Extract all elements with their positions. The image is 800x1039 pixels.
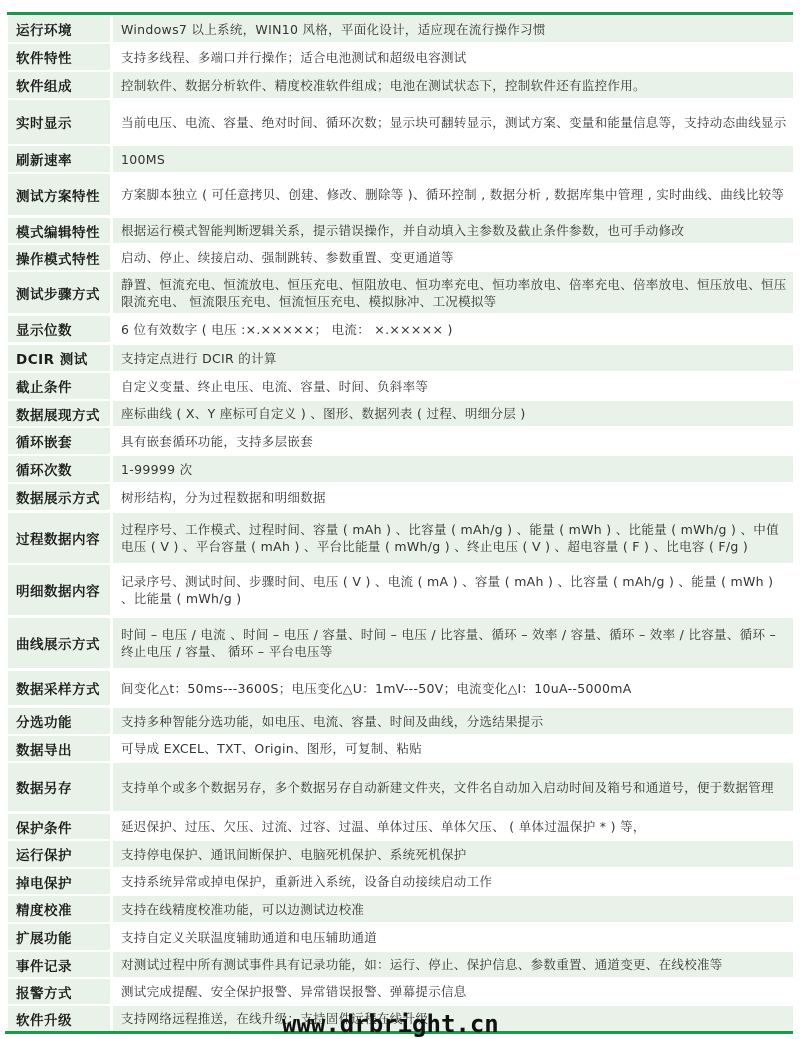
table-row: 数据导出可导成 EXCEL、TXT、Origin、图形，可复制、粘贴 (8, 736, 793, 761)
row-label: 事件记录 (8, 952, 110, 977)
table-row: 操作模式特性启动、停止、续接启动、强制跳转、参数重置、变更通道等 (8, 245, 793, 270)
row-value: 支持单个或多个数据另存，多个数据另存自动新建文件夹，文件名自动加入启动时间及箱号… (113, 763, 793, 811)
top-rule (7, 12, 793, 15)
table-row: 数据采样方式间变化△t：50ms---3600S；电压变化△U：1mV---50… (8, 671, 793, 705)
table-row: 软件组成控制软件、数据分析软件、精度校准软件组成；电池在测试状态下，控制软件还有… (8, 72, 793, 98)
row-value: 时间 – 电压 / 电流 、时间 – 电压 / 容量、时间 – 电压 / 比容量… (113, 618, 793, 668)
row-label: 曲线展示方式 (8, 618, 110, 668)
table-row: 测试方案特性方案脚本独立 ( 可任意拷贝、创建、修改、删除等 )、循环控制 , … (8, 174, 793, 215)
table-row: 数据展示方式树形结构，分为过程数据和明细数据 (8, 484, 793, 510)
table-row: 循环嵌套具有嵌套循环功能，支持多层嵌套 (8, 428, 793, 454)
row-label: 测试步骤方式 (8, 272, 110, 313)
table-row: 实时显示当前电压、电流、容量、绝对时间、循环次数；显示块可翻转显示，测试方案、变… (8, 100, 793, 144)
row-value: 延迟保护、过压、欠压、过流、过容、过温、单体过压、单体欠压、 ( 单体过温保护 … (113, 814, 793, 839)
row-label: 数据采样方式 (8, 671, 110, 705)
table-row: 运行环境Windows7 以上系统，WIN10 风格，平面化设计，适应现在流行操… (8, 16, 793, 42)
table-row: 刷新速率100MS (8, 146, 793, 172)
row-value: 静置、恒流充电、恒流放电、恒压充电、恒阻放电、恒功率充电、恒功率放电、倍率充电、… (113, 272, 793, 313)
table-row: 事件记录对测试过程中所有测试事件具有记录功能，如：运行、停止、保护信息、参数重置… (8, 952, 793, 977)
row-value: 启动、停止、续接启动、强制跳转、参数重置、变更通道等 (113, 245, 793, 270)
row-label: 测试方案特性 (8, 174, 110, 215)
table-row: 明细数据内容记录序号、测试时间、步骤时间、电压 ( V ) 、电流 ( mA )… (8, 565, 793, 615)
table-row: 循环次数1-99999 次 (8, 456, 793, 482)
row-label: 分选功能 (8, 708, 110, 734)
row-label: 明细数据内容 (8, 565, 110, 615)
row-label: 软件组成 (8, 72, 110, 98)
row-label: 运行保护 (8, 841, 110, 867)
row-label: 数据另存 (8, 763, 110, 811)
row-label: 过程数据内容 (8, 513, 110, 563)
row-label: 数据展现方式 (8, 401, 110, 426)
table-row: 扩展功能支持自定义关联温度辅助通道和电压辅助通道 (8, 924, 793, 950)
row-value: 方案脚本独立 ( 可任意拷贝、创建、修改、删除等 )、循环控制 , 数据分析 ,… (113, 174, 793, 215)
table-row: 报警方式测试完成提醒、安全保护报警、异常错误报警、弹幕提示信息 (8, 979, 793, 1004)
row-value: Windows7 以上系统，WIN10 风格，平面化设计，适应现在流行操作习惯 (113, 16, 793, 42)
table-row: 精度校准支持在线精度校准功能，可以边测试边校准 (8, 896, 793, 922)
row-label: 截止条件 (8, 373, 110, 399)
table-row: 曲线展示方式时间 – 电压 / 电流 、时间 – 电压 / 容量、时间 – 电压… (8, 618, 793, 668)
row-value: 支持在线精度校准功能，可以边测试边校准 (113, 896, 793, 922)
row-label: 数据展示方式 (8, 484, 110, 510)
row-label: 模式编辑特性 (8, 218, 110, 243)
row-value: 测试完成提醒、安全保护报警、异常错误报警、弹幕提示信息 (113, 979, 793, 1004)
row-value: 1-99999 次 (113, 456, 793, 482)
row-value: 支持多种智能分选功能，如电压、电流、容量、时间及曲线，分选结果提示 (113, 708, 793, 734)
table-row: 过程数据内容过程序号、工作模式、过程时间、容量 ( mAh ) 、比容量 ( m… (8, 513, 793, 563)
row-label: 运行环境 (8, 16, 110, 42)
row-value: 支持多线程、多端口并行操作；适合电池测试和超级电容测试 (113, 44, 793, 70)
row-label: 数据导出 (8, 736, 110, 761)
row-label: 循环嵌套 (8, 428, 110, 454)
table-row: DCIR 测试支持定点进行 DCIR 的计算 (8, 345, 793, 371)
table-row: 截止条件自定义变量、终止电压、电流、容量、时间、负斜率等 (8, 373, 793, 399)
row-value: 支持自定义关联温度辅助通道和电压辅助通道 (113, 924, 793, 950)
row-value: 控制软件、数据分析软件、精度校准软件组成；电池在测试状态下，控制软件还有监控作用… (113, 72, 793, 98)
watermark: www.drbright.cn (282, 1010, 499, 1038)
row-value: 支持定点进行 DCIR 的计算 (113, 345, 793, 371)
table-row: 测试步骤方式静置、恒流充电、恒流放电、恒压充电、恒阻放电、恒功率充电、恒功率放电… (8, 272, 793, 313)
row-value: 100MS (113, 146, 793, 172)
row-label: 刷新速率 (8, 146, 110, 172)
row-value: 根据运行模式智能判断逻辑关系，提示错误操作，并自动填入主参数及截止条件参数，也可… (113, 218, 793, 243)
table-row: 模式编辑特性根据运行模式智能判断逻辑关系，提示错误操作，并自动填入主参数及截止条… (8, 218, 793, 243)
row-value: 具有嵌套循环功能，支持多层嵌套 (113, 428, 793, 454)
table-row: 运行保护支持停电保护、通讯间断保护、电脑死机保护、系统死机保护 (8, 841, 793, 867)
table-row: 数据展现方式座标曲线 ( X、Y 座标可自定义 ) 、图形、数据列表 ( 过程、… (8, 401, 793, 426)
row-label: 精度校准 (8, 896, 110, 922)
row-value: 记录序号、测试时间、步骤时间、电压 ( V ) 、电流 ( mA ) 、容量 (… (113, 565, 793, 615)
row-value: 自定义变量、终止电压、电流、容量、时间、负斜率等 (113, 373, 793, 399)
table-row: 软件特性支持多线程、多端口并行操作；适合电池测试和超级电容测试 (8, 44, 793, 70)
row-label: 实时显示 (8, 100, 110, 144)
row-label: 保护条件 (8, 814, 110, 839)
row-label: 掉电保护 (8, 869, 110, 894)
row-label: DCIR 测试 (8, 345, 110, 371)
row-label: 显示位数 (8, 316, 110, 342)
table-row: 掉电保护支持系统异常或掉电保护，重新进入系统，设备自动接续启动工作 (8, 869, 793, 894)
row-value: 过程序号、工作模式、过程时间、容量 ( mAh ) 、比容量 ( mAh/g )… (113, 513, 793, 563)
row-label: 软件特性 (8, 44, 110, 70)
row-value: 树形结构，分为过程数据和明细数据 (113, 484, 793, 510)
row-value: 6 位有效数字 ( 电压 :×.×××××； 电流： ×.××××× ) (113, 316, 793, 342)
row-label: 报警方式 (8, 979, 110, 1004)
table-row: 保护条件延迟保护、过压、欠压、过流、过容、过温、单体过压、单体欠压、 ( 单体过… (8, 814, 793, 839)
row-value: 支持系统异常或掉电保护，重新进入系统，设备自动接续启动工作 (113, 869, 793, 894)
row-value: 当前电压、电流、容量、绝对时间、循环次数；显示块可翻转显示，测试方案、变量和能量… (113, 100, 793, 144)
row-label: 循环次数 (8, 456, 110, 482)
row-label: 扩展功能 (8, 924, 110, 950)
row-value: 座标曲线 ( X、Y 座标可自定义 ) 、图形、数据列表 ( 过程、明细分层 ) (113, 401, 793, 426)
row-value: 可导成 EXCEL、TXT、Origin、图形，可复制、粘贴 (113, 736, 793, 761)
row-value: 对测试过程中所有测试事件具有记录功能，如：运行、停止、保护信息、参数重置、通道变… (113, 952, 793, 977)
row-value: 间变化△t：50ms---3600S；电压变化△U：1mV---50V；电流变化… (113, 671, 793, 705)
table-row: 分选功能支持多种智能分选功能，如电压、电流、容量、时间及曲线，分选结果提示 (8, 708, 793, 734)
row-value: 支持停电保护、通讯间断保护、电脑死机保护、系统死机保护 (113, 841, 793, 867)
table-row: 数据另存支持单个或多个数据另存，多个数据另存自动新建文件夹，文件名自动加入启动时… (8, 763, 793, 811)
row-label: 操作模式特性 (8, 245, 110, 270)
table-row: 显示位数6 位有效数字 ( 电压 :×.×××××； 电流： ×.××××× ) (8, 316, 793, 342)
row-label: 软件升级 (8, 1006, 110, 1031)
